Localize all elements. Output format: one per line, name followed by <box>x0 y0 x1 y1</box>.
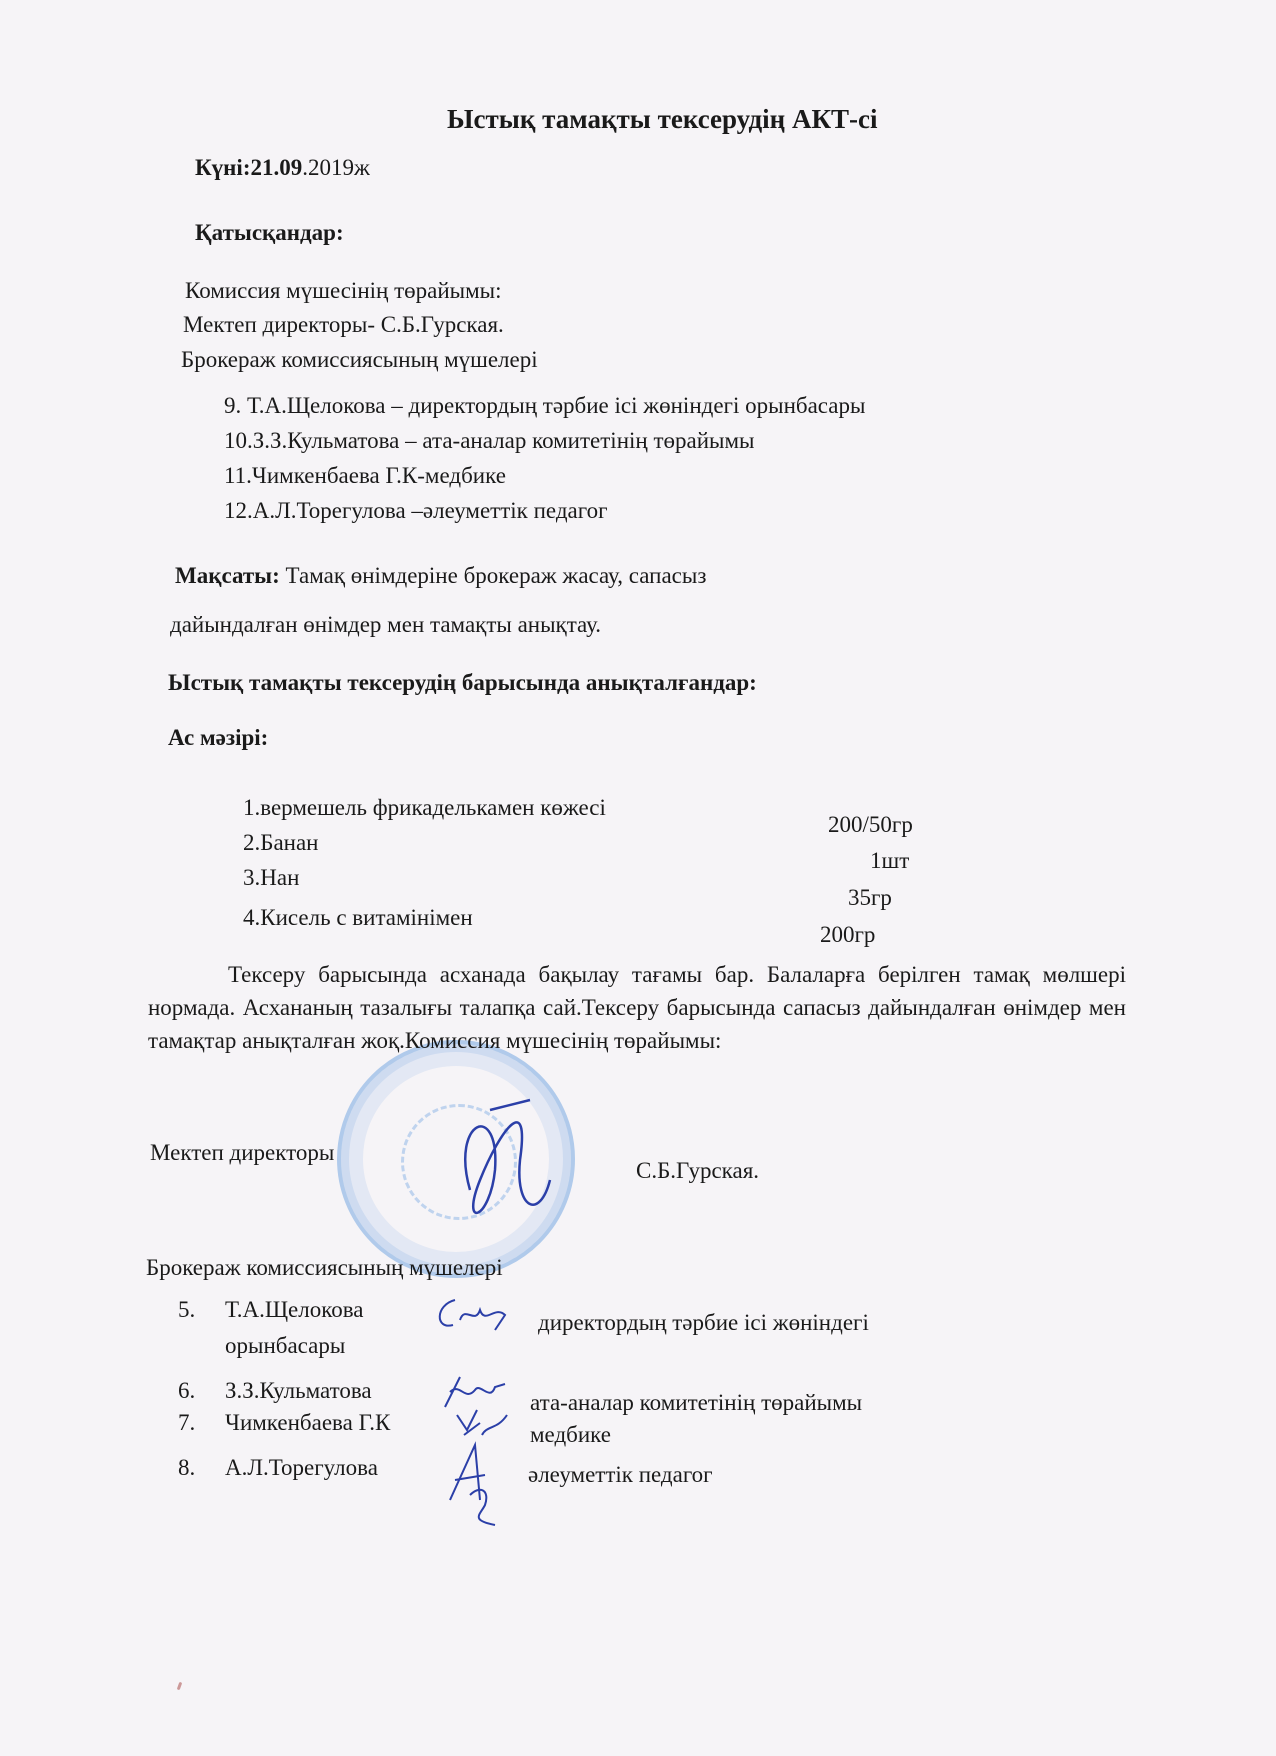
menu-heading: Ас мәзірі: <box>168 725 268 751</box>
committee-member: 11.Чимкенбаева Г.К-медбике <box>224 463 506 489</box>
signoff-member-role: директордың тәрбие ісі жөніндегі <box>538 1310 869 1336</box>
menu-item-name: 2.Банан <box>243 830 319 856</box>
signoff-director-name: С.Б.Гурская. <box>636 1158 759 1184</box>
signoff-member-name: Т.А.Щелокова <box>225 1297 364 1323</box>
committee-label: Брокераж комиссиясының мүшелері <box>181 347 538 373</box>
signoff-member-role: әлеуметтік педагог <box>528 1462 713 1488</box>
committee-member: 12.А.Л.Торегулова –әлеуметтік педагог <box>224 498 608 524</box>
date-line: Күні:21.09.2019ж <box>195 155 370 181</box>
signoff-member-role: медбике <box>530 1422 611 1448</box>
signoff-member-role: ата-аналар комитетінің төрайымы <box>530 1390 862 1416</box>
signoff-member-name: З.З.Кульматова <box>225 1378 372 1404</box>
participants-heading: Қатысқандар: <box>195 220 344 246</box>
signoff-member-name: А.Л.Торегулова <box>225 1455 378 1481</box>
director-line: Мектеп директоры- С.Б.Гурская. <box>183 312 504 338</box>
menu-item-qty: 200/50гр <box>828 812 913 838</box>
menu-item-name: 4.Кисель с витамінімен <box>243 905 473 931</box>
purpose-label: Мақсаты: <box>175 563 280 588</box>
purpose-text: Тамақ өнімдеріне брокераж жасау, сапасыз <box>280 563 707 588</box>
committee-member: 10.З.З.Кульматова – ата-аналар комитетін… <box>224 428 754 454</box>
purpose-line: Мақсаты: Тамақ өнімдеріне брокераж жасау… <box>175 563 706 589</box>
committee-member: 9. Т.А.Щелокова – директордың тәрбие ісі… <box>224 393 865 419</box>
menu-item-name: 3.Нан <box>243 865 299 891</box>
chair-label: Комиссия мүшесінің төрайымы: <box>185 278 502 304</box>
findings-heading: Ыстық тамақты тексерудің барысында анықт… <box>168 670 757 696</box>
menu-item-qty: 35гр <box>848 885 892 911</box>
signoff-committee-label: Брокераж комиссиясының мүшелері <box>146 1255 503 1281</box>
signoff-director-label: Мектеп директоры <box>150 1140 334 1166</box>
purpose-line-2: дайындалған өнімдер мен тамақты анықтау. <box>170 612 601 638</box>
member-signature <box>452 1405 512 1445</box>
director-signature <box>440 1080 560 1240</box>
signoff-member-role-cont: орынбасары <box>225 1333 345 1359</box>
menu-item-qty: 1шт <box>870 848 909 874</box>
inspection-paragraph: Тексеру барысында асханада бақылау тағам… <box>148 958 1126 1057</box>
date-rest: .2019ж <box>302 155 370 180</box>
paper-mark <box>177 1682 183 1691</box>
signoff-member-num: 5. <box>178 1297 195 1323</box>
signoff-member-num: 6. <box>178 1378 195 1404</box>
date-label: Күні: <box>195 155 250 180</box>
document-title: Ыстық тамақты тексерудің АКТ-сі <box>447 104 878 135</box>
member-signature <box>435 1295 515 1335</box>
signoff-member-num: 7. <box>178 1410 195 1436</box>
member-signature <box>440 1440 510 1530</box>
signoff-member-name: Чимкенбаева Г.К <box>225 1410 390 1436</box>
menu-item-qty: 200гр <box>820 922 875 948</box>
date-bold: 21.09 <box>250 155 302 180</box>
menu-item-name: 1.вермешель фрикаделькамен көжесі <box>243 795 606 821</box>
signoff-member-num: 8. <box>178 1455 195 1481</box>
